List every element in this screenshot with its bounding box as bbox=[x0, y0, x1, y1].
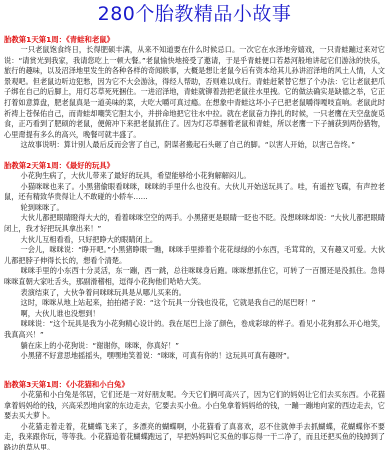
story-paragraph: 这故事说明：算计别人最后反而会害了自己，阴谋者搬起石头砸了自己的脚。“以害人开始… bbox=[4, 140, 385, 151]
story-1: 胎教第1天第1周：《青蛙和老鼠》 一只老鼠饱食终日，长得肥硕丰满，从来不知道要在… bbox=[4, 35, 385, 151]
story-2: 胎教第2天第1周：《最好的玩具》 小花狗生病了，大伙儿带来了最好的玩具，希望能够… bbox=[4, 161, 385, 362]
story-paragraph: 小猫咪咪也来了。小黑猪偷眼看咪咪，咪咪的手里什么也没有。大伙儿开始送玩具了。哇，… bbox=[4, 182, 385, 203]
story-heading: 胎教第2天第1周：《最好的玩具》 bbox=[4, 161, 385, 171]
page-title: 280个胎教精品小故事 bbox=[0, 2, 389, 26]
story-paragraph: 小花猫和小白兔是邻居，它们还是一对好朋友呢。今天它们俩可高兴了，因为它们的妈妈让… bbox=[4, 390, 385, 422]
story-paragraph: 一只老鼠饱食终日，长得肥硕丰满，从来不知道要在什么时候忌口。一次它在水泽地旁嬉戏… bbox=[4, 45, 385, 140]
story-paragraph: 躺在床上的小花狗说：“谢谢你，咪咪，你真好！” bbox=[4, 341, 385, 352]
story-heading: 胎教第1天第1周：《青蛙和老鼠》 bbox=[4, 35, 385, 45]
story-paragraph: 大伙儿都把眼睛瞪得大大的，看着咪咪空空的两手。小黑猪更是眼睛一眨也不眨。没想咪咪… bbox=[4, 213, 385, 234]
story-heading: 胎教第3天第1周：《小花猫和小白兔》 bbox=[4, 380, 385, 390]
story-paragraph: 咪咪手里的小东西十分灵活，东一蹦，西一跳，总往咪咪身后跑。咪咪想抓住它，可转了一… bbox=[4, 266, 385, 287]
story-paragraph: 大伙儿互相看看，只好把睁大的眼睛闭上。 bbox=[4, 235, 385, 246]
story-paragraph: 表演结束了，大伙争着问咪咪玩具是从哪儿买来的。 bbox=[4, 288, 385, 299]
story-paragraph: 小黑猪不好意思地摇摇头，嘿嘿地笑着说：“咪咪，可真有你的！这玩具可真有趣呀”。 bbox=[4, 351, 385, 362]
story-3: 胎教第3天第1周：《小花猫和小白兔》 小花猫和小白兔是邻居，它们还是一对好朋友呢… bbox=[4, 380, 385, 450]
story-paragraph: 小花猫走着走着，花蝴蝶飞来了，多漂亮的蝴蝶啊，小花猫看了真喜欢，忍不住就伸手去抓… bbox=[4, 422, 385, 450]
story-paragraph: 一会儿，咪咪说：“睁开吧。”小黑猪睁眼一瞧，咪咪手里捧着个花花绿绿的小东西，毛茸… bbox=[4, 245, 385, 266]
story-paragraph: 小花狗生病了，大伙儿带来了最好的玩具，希望能够给小花狗解解闷儿。 bbox=[4, 171, 385, 182]
story-paragraph: 轮到咪咪了。 bbox=[4, 203, 385, 214]
story-paragraph: 这时，咪咪从地上站起来，拍拍裙子说：“这个玩具一分钱也没花，它就是我自己的尾巴呀… bbox=[4, 298, 385, 309]
story-paragraph: 啊，大伙儿谁也没想到！ bbox=[4, 309, 385, 320]
story-paragraph: 咪咪说：“这个玩具是我为小花狗精心设计的。我在尾巴上涂了颜色，卷成彩球的样子。看… bbox=[4, 319, 385, 340]
